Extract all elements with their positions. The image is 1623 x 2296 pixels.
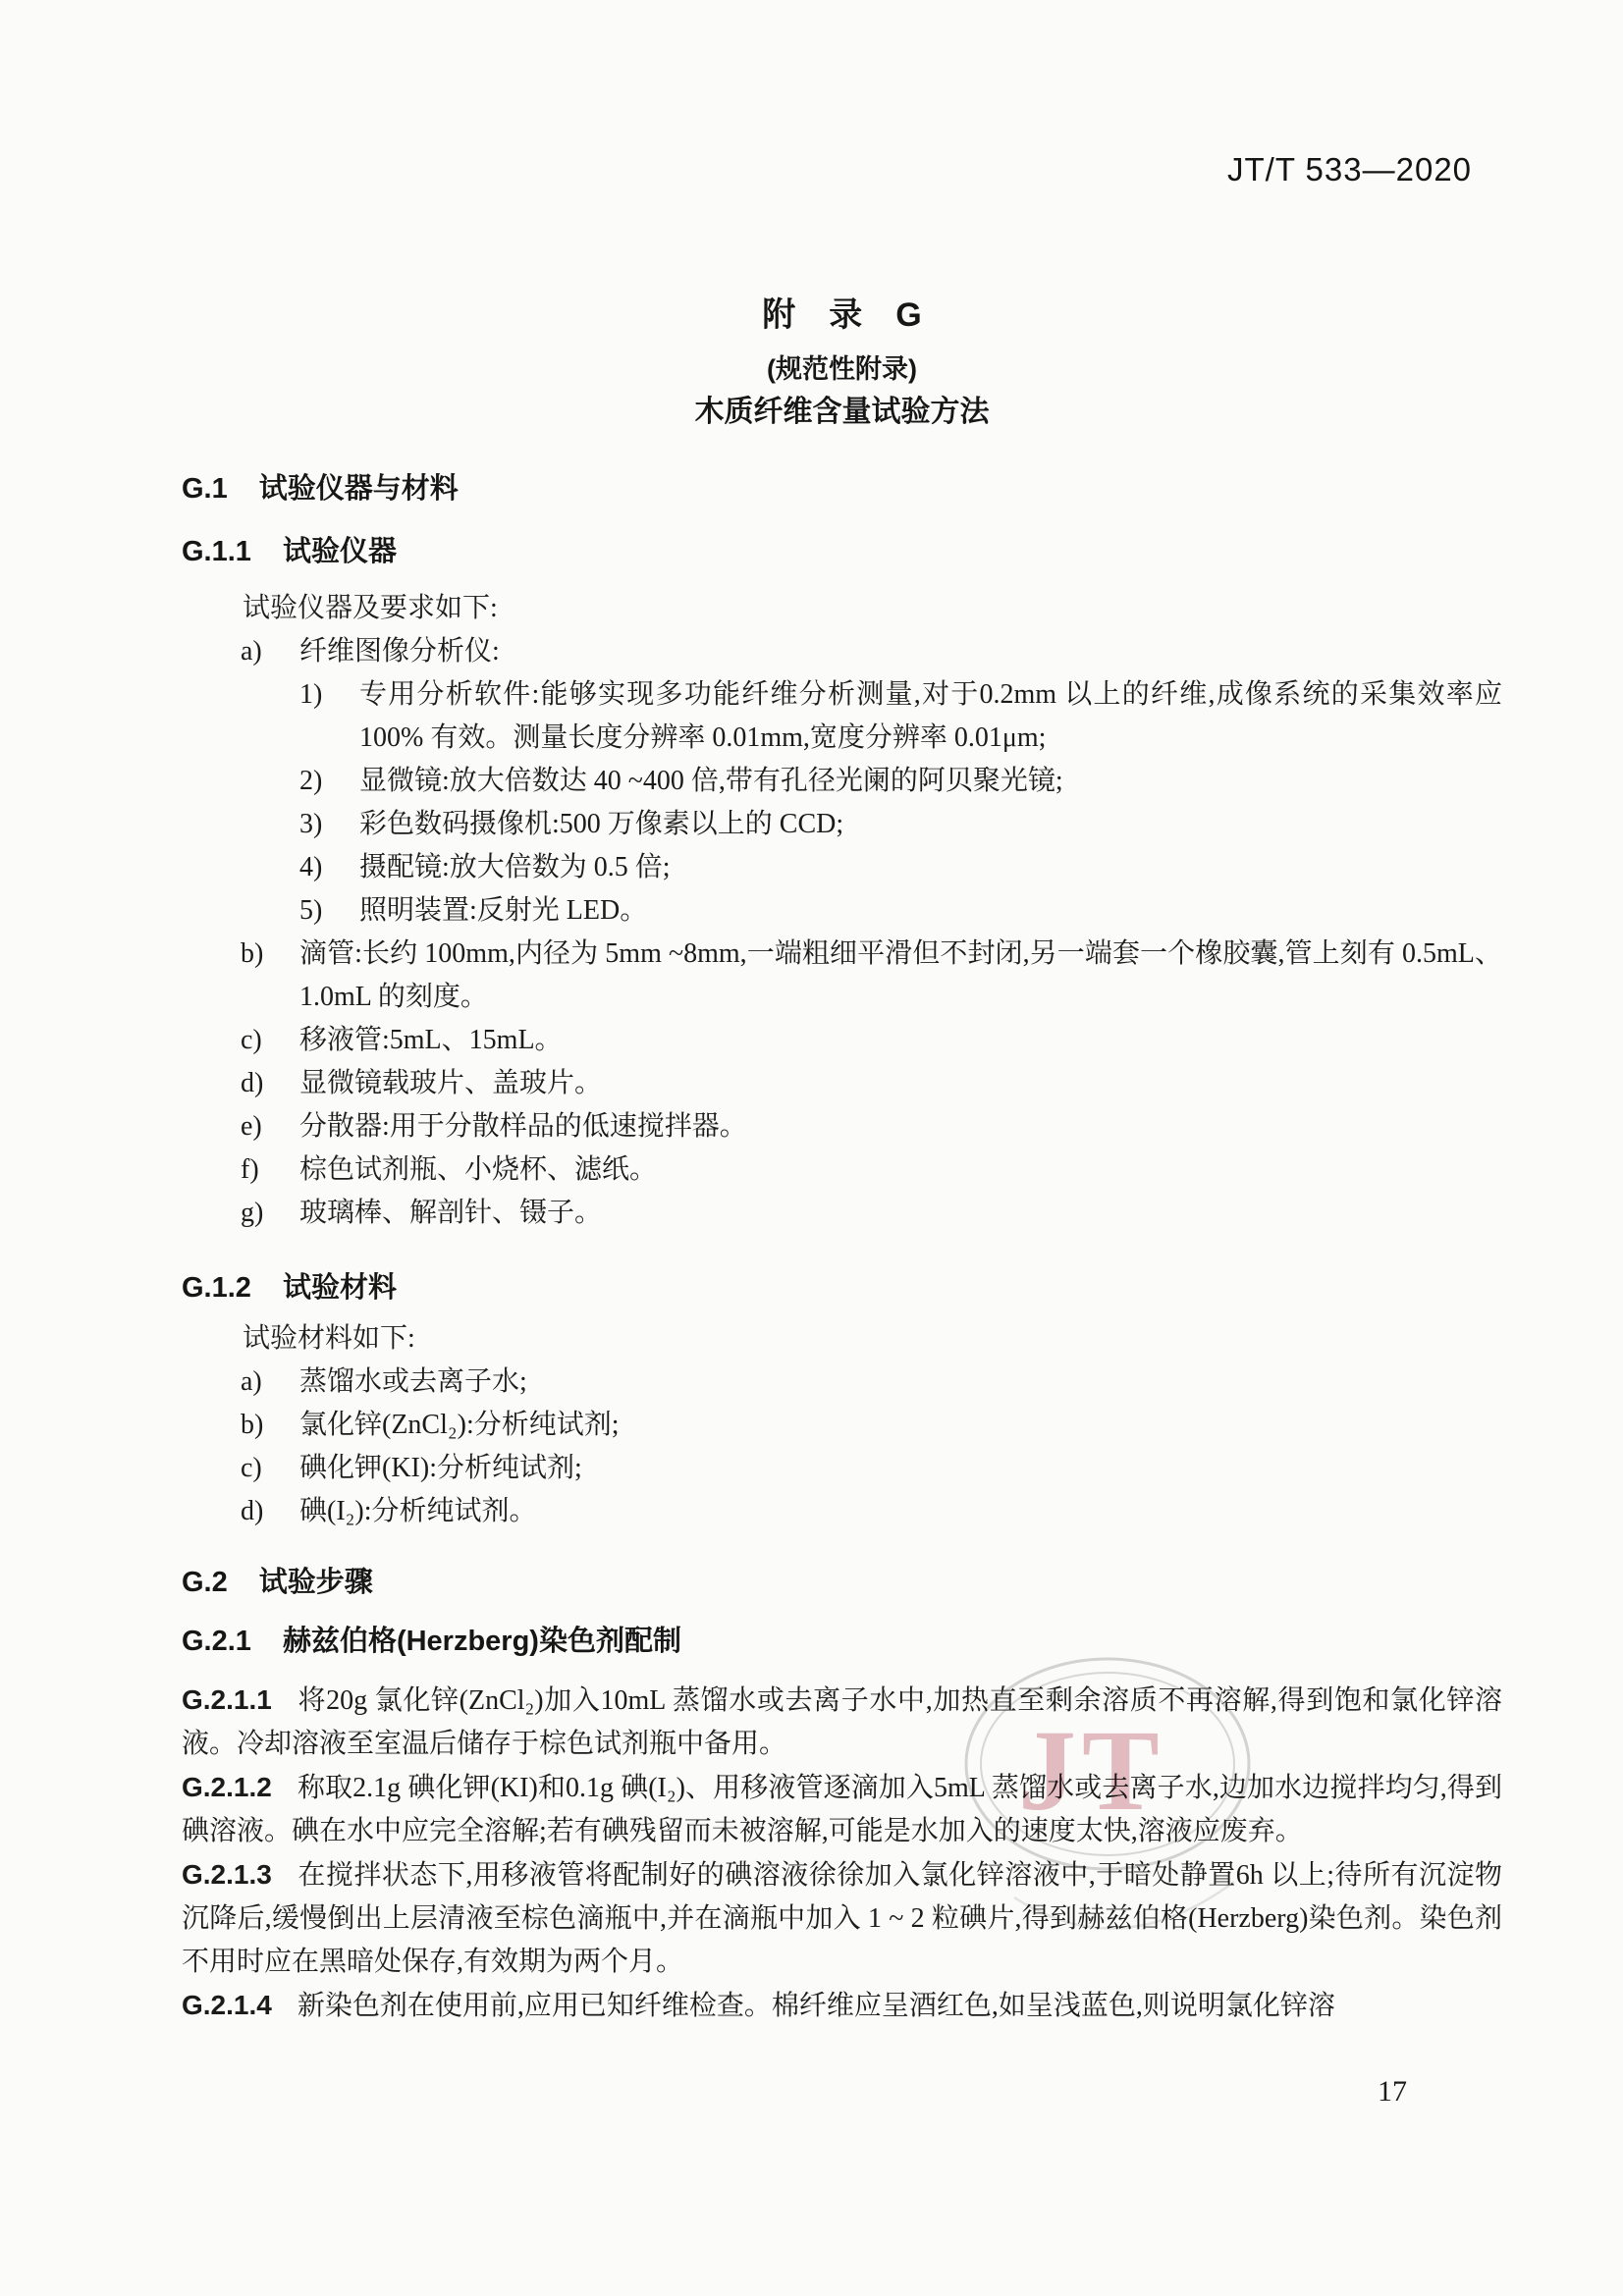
list-marker: b) [241,933,263,976]
list-item-f: f) 棕色试剂瓶、小烧杯、滤纸。 [182,1148,1502,1192]
sublist-item-1: 1) 专用分析软件:能够实现多功能纤维分析测量,对于0.2mm 以上的纤维,成像… [182,673,1502,760]
paragraph-text: 在搅拌状态下,用移液管将配制好的碘溶液徐徐加入氯化锌溶液中,于暗处静置6h 以上… [182,1860,1502,1977]
heading-g2: G.2试验步骤 [182,1561,1502,1604]
heading-g11-number: G.1.1 [182,536,251,567]
heading-g1-number: G.1 [182,473,228,505]
paragraph-number: G.2.1.4 [182,1990,272,2020]
sublist-item-text: 摄配镜:放大倍数为 0.5 倍; [359,852,671,882]
list-item-text: 氯化锌(ZnCl₂):分析纯试剂; [299,1410,620,1440]
sublist-item-5: 5) 照明装置:反射光 LED。 [182,889,1502,933]
g11-intro: 试验仪器及要求如下: [182,587,1502,630]
list-marker: d) [241,1490,263,1533]
list-marker: b) [241,1404,263,1447]
sublist-item-text: 照明装置:反射光 LED。 [359,895,647,926]
list-marker: g) [241,1192,263,1235]
heading-g12-title: 试验材料 [283,1272,397,1304]
sublist-marker: 1) [299,673,322,717]
page-number: 17 [1378,2075,1407,2109]
list-marker: c) [241,1019,262,1062]
paragraph-number: G.2.1.3 [182,1859,272,1890]
heading-g12-number: G.1.2 [182,1272,251,1304]
heading-g2-title: 试验步骤 [259,1567,373,1598]
list-item-text: 碘化钾(KI):分析纯试剂; [299,1453,582,1483]
list-item-c: c) 移液管:5mL、15mL。 [182,1019,1502,1062]
list-item-text: 棕色试剂瓶、小烧杯、滤纸。 [299,1154,657,1185]
heading-g21-title: 赫兹伯格(Herzberg)染色剂配制 [283,1626,681,1657]
list-item-b: b) 滴管:长约 100mm,内径为 5mm ~8mm,一端粗细平滑但不封闭,另… [182,933,1502,1019]
sublist-marker: 2) [299,760,322,803]
sublist-item-text: 彩色数码摄像机:500 万像素以上的 CCD; [359,809,843,839]
sublist-item-2: 2) 显微镜:放大倍数达 40 ~400 倍,带有孔径光阑的阿贝聚光镜; [182,760,1502,803]
sublist-item-4: 4) 摄配镜:放大倍数为 0.5 倍; [182,846,1502,889]
heading-g21: G.2.1赫兹伯格(Herzberg)染色剂配制 [182,1620,1502,1663]
paragraph-text: 称取2.1g 碘化钾(KI)和0.1g 碘(I₂)、用移液管逐滴加入5mL 蒸馏… [182,1773,1502,1846]
heading-g11-title: 试验仪器 [283,536,397,567]
list-marker: d) [241,1062,263,1105]
list-marker: c) [241,1447,262,1490]
heading-g2-number: G.2 [182,1567,228,1598]
appendix-title: 附 录 G [182,293,1502,338]
sublist-item-text: 专用分析软件:能够实现多功能纤维分析测量,对于0.2mm 以上的纤维,成像系统的… [359,679,1502,753]
list-item-e: e) 分散器:用于分散样品的低速搅拌器。 [182,1105,1502,1148]
sublist-marker: 3) [299,803,322,846]
material-item-c: c) 碘化钾(KI):分析纯试剂; [182,1447,1502,1490]
sublist-item-text: 显微镜:放大倍数达 40 ~400 倍,带有孔径光阑的阿贝聚光镜; [359,766,1063,796]
paragraph-text: 新染色剂在使用前,应用已知纤维检查。棉纤维应呈酒红色,如呈浅蓝色,则说明氯化锌溶 [298,1991,1335,2021]
material-item-a: a) 蒸馏水或去离子水; [182,1361,1502,1404]
appendix-note: (规范性附录) [182,349,1502,389]
list-item-g: g) 玻璃棒、解剖针、镊子。 [182,1192,1502,1235]
paragraph-g213: G.2.1.3在搅拌状态下,用移液管将配制好的碘溶液徐徐加入氯化锌溶液中,于暗处… [182,1853,1502,1984]
list-item-text: 玻璃棒、解剖针、镊子。 [299,1198,602,1228]
list-item-a: a) 纤维图像分析仪: [182,630,1502,673]
appendix-subject: 木质纤维含量试验方法 [182,391,1502,434]
paragraph-number: G.2.1.1 [182,1684,272,1715]
heading-g1: G.1试验仪器与材料 [182,467,1502,510]
list-marker: a) [241,630,262,673]
material-item-b: b) 氯化锌(ZnCl₂):分析纯试剂; [182,1404,1502,1447]
heading-g11: G.1.1试验仪器 [182,530,1502,573]
sublist-marker: 4) [299,846,322,889]
heading-g12: G.1.2试验材料 [182,1266,1502,1309]
paragraph-g212: G.2.1.2称取2.1g 碘化钾(KI)和0.1g 碘(I₂)、用移液管逐滴加… [182,1766,1502,1853]
list-item-text: 碘(I₂):分析纯试剂。 [299,1496,537,1526]
heading-g21-number: G.2.1 [182,1626,251,1657]
g12-intro: 试验材料如下: [182,1317,1502,1361]
paragraph-g211: G.2.1.1将20g 氯化锌(ZnCl₂)加入10mL 蒸馏水或去离子水中,加… [182,1679,1502,1766]
paragraph-g214: G.2.1.4新染色剂在使用前,应用已知纤维检查。棉纤维应呈酒红色,如呈浅蓝色,… [182,1984,1502,2028]
heading-g1-title: 试验仪器与材料 [259,473,459,505]
document-page: JT/T 533—2020 附 录 G (规范性附录) 木质纤维含量试验方法 G… [0,0,1623,2296]
page-content: 附 录 G (规范性附录) 木质纤维含量试验方法 G.1试验仪器与材料 G.1.… [182,0,1502,2028]
list-marker: a) [241,1361,262,1404]
sublist-item-3: 3) 彩色数码摄像机:500 万像素以上的 CCD; [182,803,1502,846]
list-item-text: 移液管:5mL、15mL。 [299,1025,563,1055]
list-marker: e) [241,1105,262,1148]
paragraph-text: 将20g 氯化锌(ZnCl₂)加入10mL 蒸馏水或去离子水中,加热直至剩余溶质… [182,1685,1502,1759]
list-marker: f) [241,1148,259,1192]
list-item-d: d) 显微镜载玻片、盖玻片。 [182,1062,1502,1105]
list-item-text: 分散器:用于分散样品的低速搅拌器。 [299,1111,747,1142]
sublist-marker: 5) [299,889,322,933]
list-item-text: 蒸馏水或去离子水; [299,1366,527,1397]
material-item-d: d) 碘(I₂):分析纯试剂。 [182,1490,1502,1533]
list-item-text: 显微镜载玻片、盖玻片。 [299,1068,602,1098]
list-item-text: 滴管:长约 100mm,内径为 5mm ~8mm,一端粗细平滑但不封闭,另一端套… [299,938,1502,1012]
paragraph-number: G.2.1.2 [182,1772,272,1802]
list-item-text: 纤维图像分析仪: [299,636,500,667]
